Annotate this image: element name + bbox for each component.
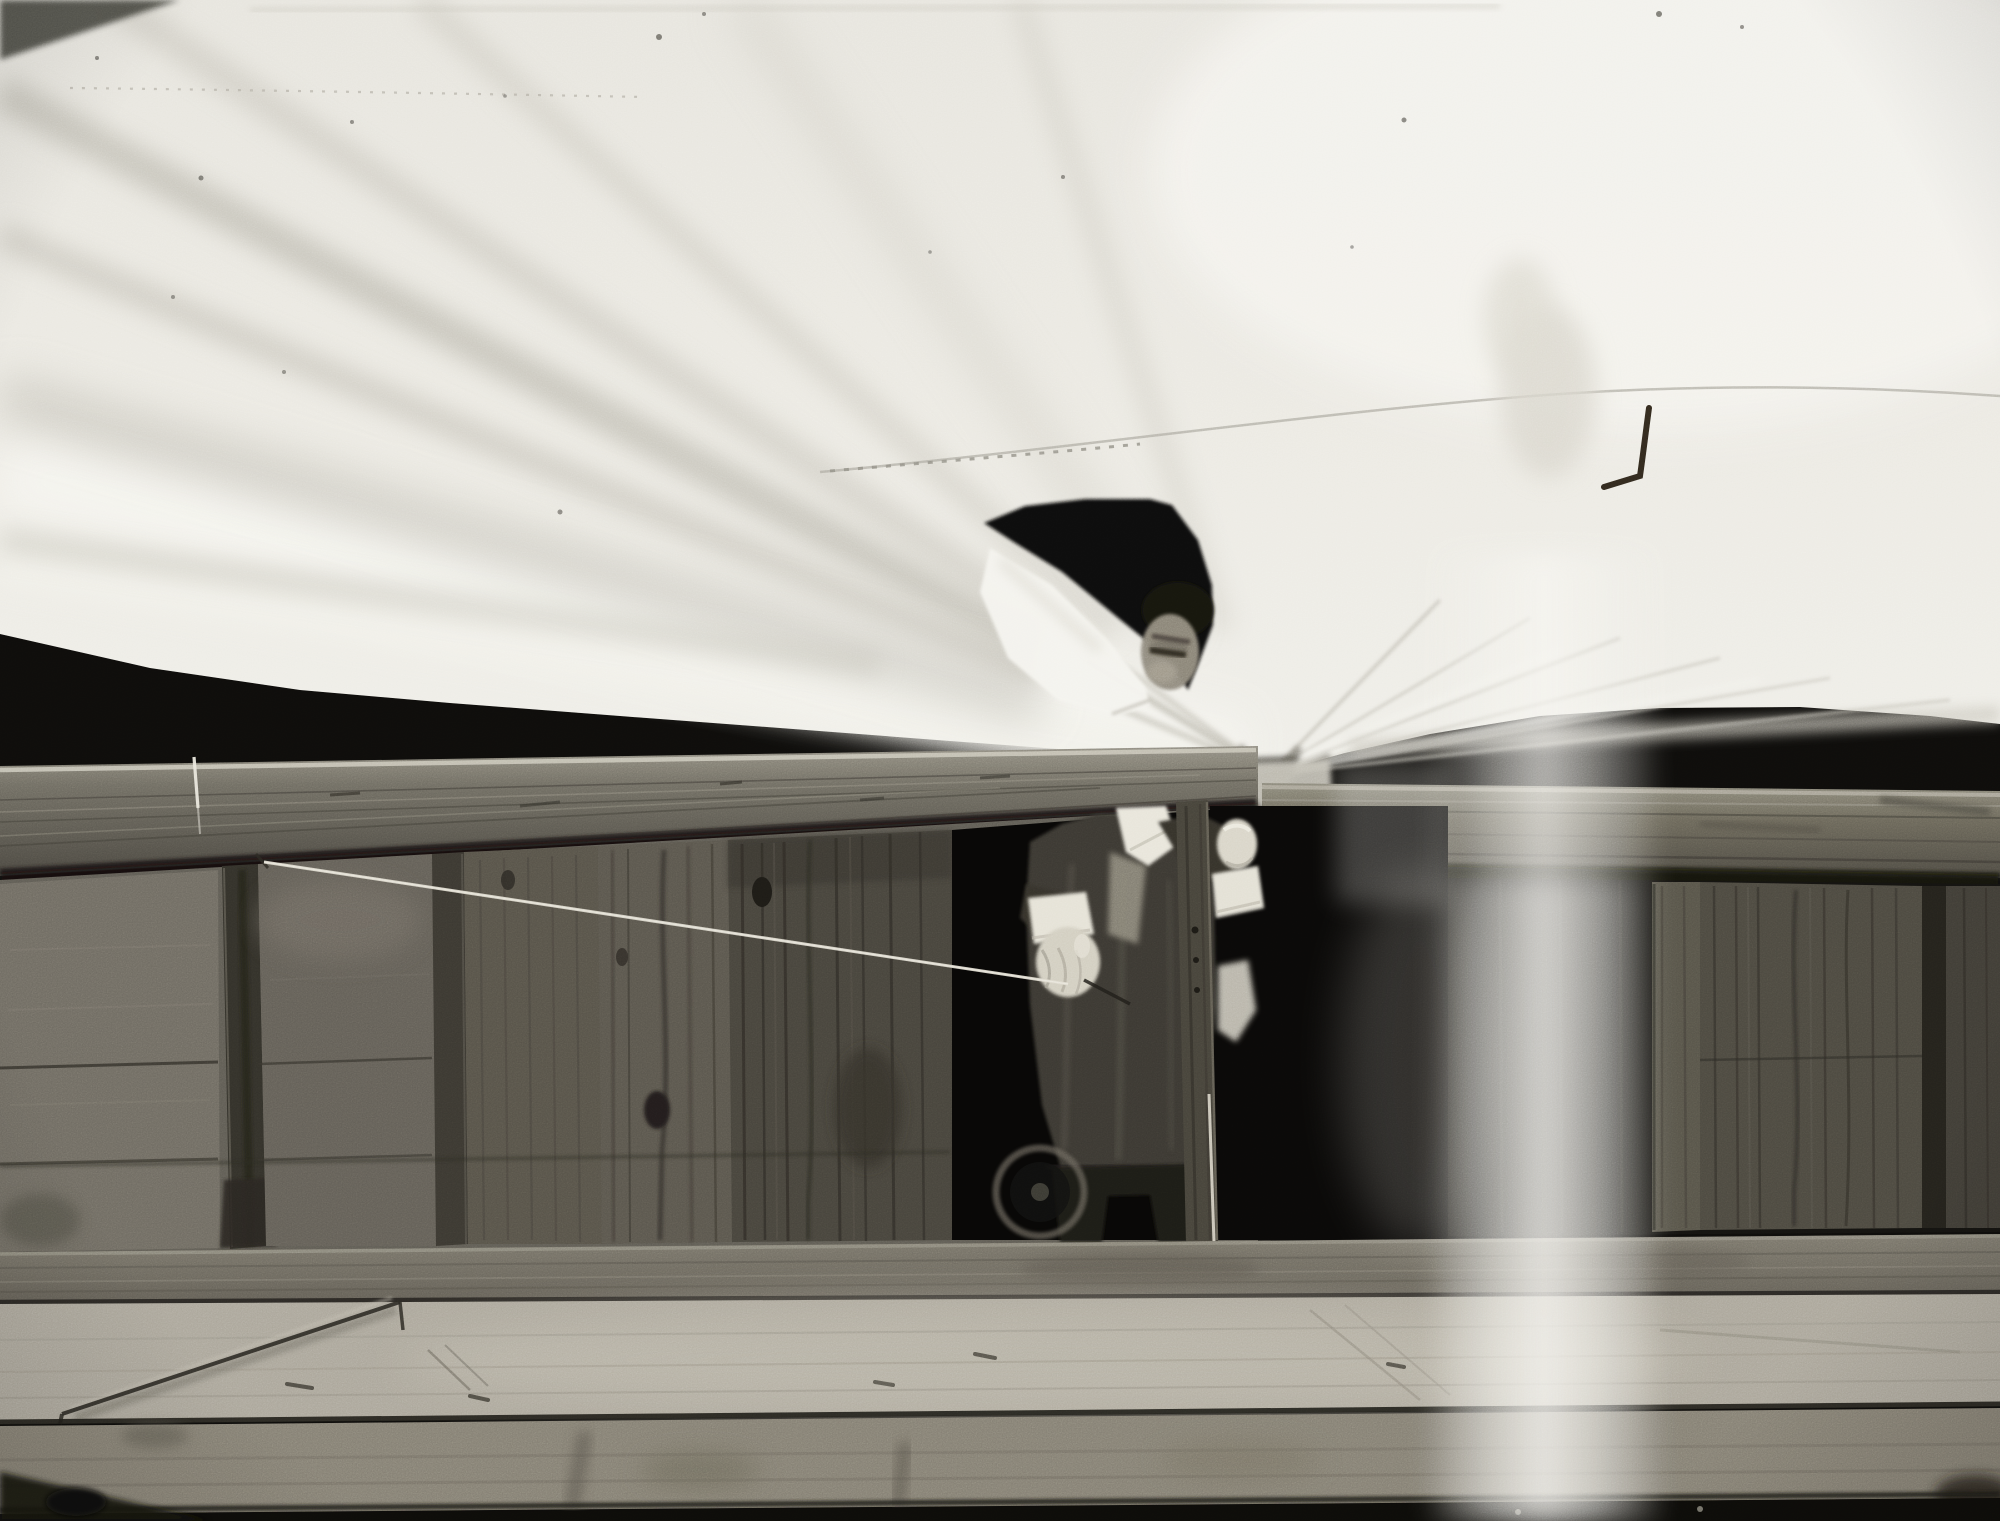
photograph <box>0 0 2000 1521</box>
photo-canvas <box>0 0 2000 1521</box>
scene-layers <box>0 0 2000 1521</box>
film-grain <box>0 0 2000 1521</box>
